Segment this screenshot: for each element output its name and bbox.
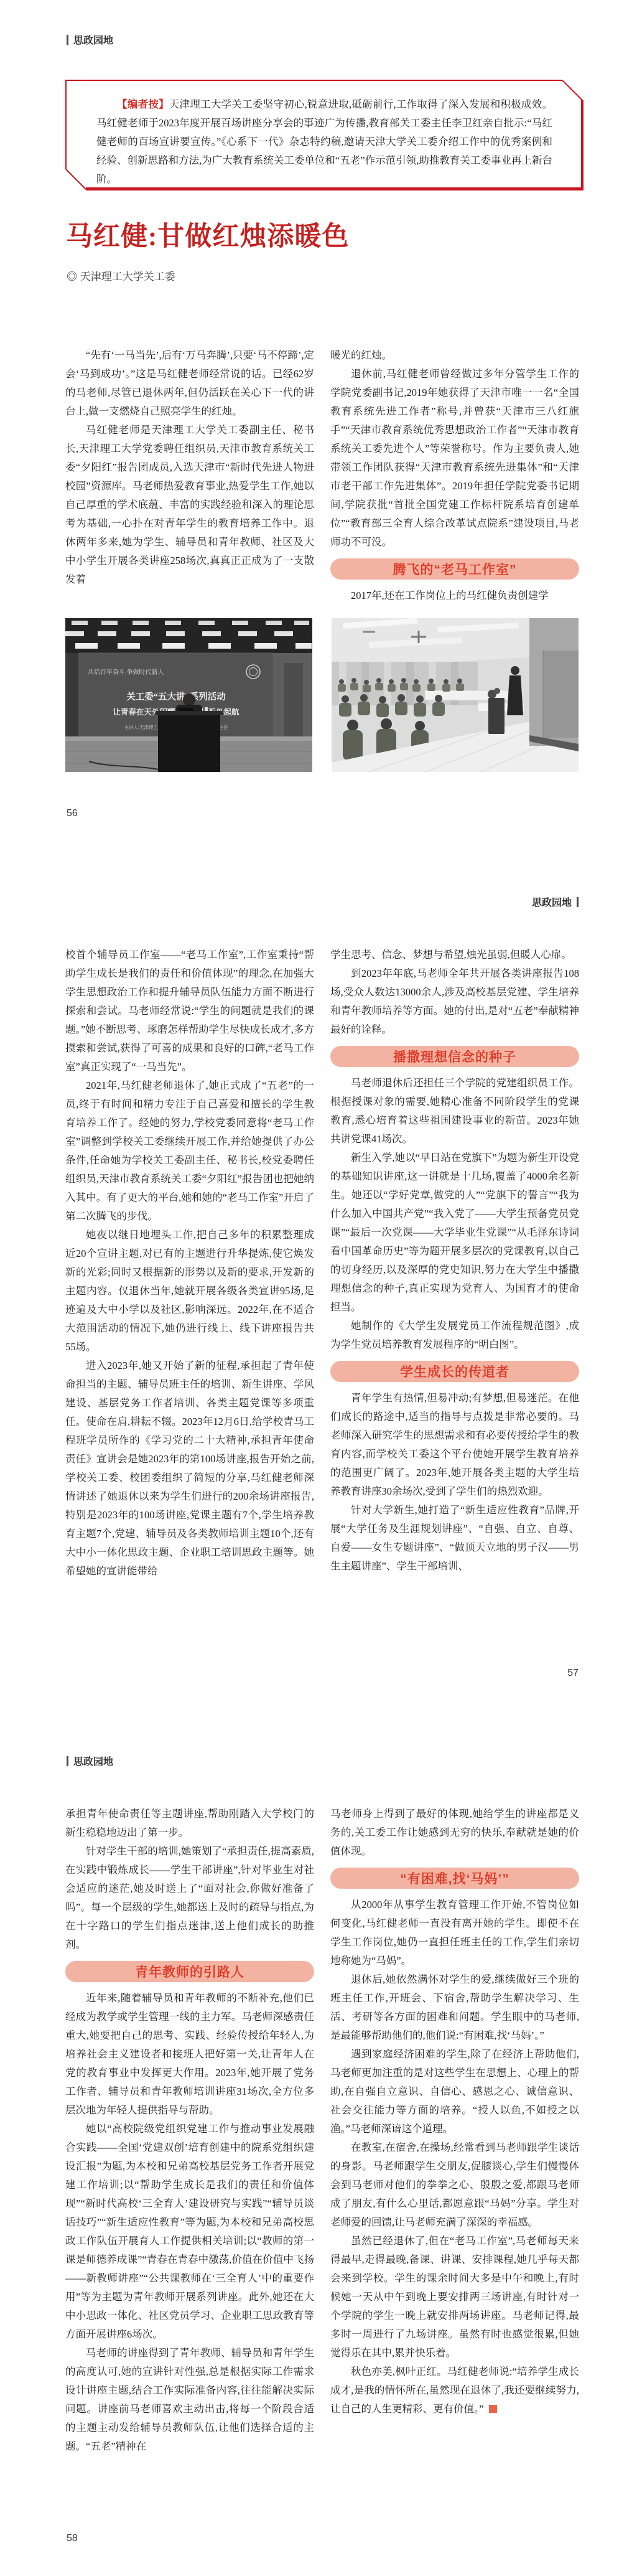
paragraph: 马老师的讲座得到了青年教师、辅导员和青年学生的高度认可,她的宣讲针对性强,总是根… (65, 2344, 314, 2456)
paragraph: “先有‘一马当先’,后有‘万马奔腾’,只要‘马不停蹄’,定会‘马到成功’。”这是… (65, 346, 314, 421)
speaker-stand (488, 698, 504, 734)
paragraph: 青年学生有热情,但易冲动;有梦想,但易迷茫。在他们成长的路途中,适当的指导与点拨… (330, 1389, 579, 1501)
page-number: 57 (567, 1668, 579, 1679)
photo-audience (332, 618, 579, 772)
paragraph: 承担青年使命责任等主题讲座,帮助刚踏入大学校门的新生稳稳地迈出了第一步。 (65, 1805, 314, 1842)
paragraph: 2021年,马红健老师退休了,她正式成了“五老”的一员,终于有时间和精力专注于自… (65, 1076, 314, 1226)
page-header: 思政园地 (67, 1754, 113, 1768)
paragraph: 学生思考、信念、梦想与希望,烛光虽弱,但暖人心扉。 (330, 946, 579, 964)
paragraph: 退休前,马红健老师曾经做过多年分管学生工作的学院党委副书记,2019年她获得了天… (330, 365, 579, 552)
text-column-right: 马老师身上得到了最好的体现,她给学生的讲座都是义务的,关工委工作让她感到无穷的快… (330, 1805, 579, 2521)
page-header: 思政园地 (532, 895, 579, 909)
text-column-left: 校首个辅导员工作室——“老马工作室”,工作室秉持“帮助学生成长是我们的责任和价值… (65, 946, 314, 1662)
editor-note-box: 【编者按】天津理工大学关工委坚守初心,锐意进取,砥砺前行,工作取得了深入发展和积… (65, 80, 584, 190)
lecture-hall-image: 共话百年奋斗,争做时代新人 关工委“五大讲”系列活动 让青春在天外闪耀,让人生从… (65, 618, 312, 772)
paragraph: 2017年,还在工作岗位上的马红健负责创建学 (330, 586, 579, 605)
photo-lecture-hall: 共话百年奋斗,争做时代新人 关工委“五大讲”系列活动 让青春在天外闪耀,让人生从… (65, 618, 312, 772)
paragraph: 马红健老师是天津理工大学关工委副主任、秘书长,天津理工大学党委聘任组织员,天津市… (65, 421, 314, 589)
standing-speaker-body (507, 675, 523, 715)
paragraph: 在教室,在宿舍,在操场,经常看到马老师跟学生谈话的身影。马老师跟学生交朋友,促膝… (330, 2138, 579, 2232)
paragraph: 进入2023年,她又开始了新的征程,承担起了青年使命担当的主题、辅导员班主任的培… (65, 1356, 314, 1581)
header-label: 思政园地 (532, 895, 572, 909)
header-label: 思政园地 (73, 32, 113, 47)
text-column-right: 暖光的红烛。退休前,马红健老师曾经做过多年分管学生工作的学院党委副书记,2019… (330, 346, 579, 618)
end-mark (489, 2405, 497, 2413)
editor-note-border (65, 80, 584, 190)
text-column-left: “先有‘一马当先’,后有‘万马奔腾’,只要‘马不停蹄’,定会‘马到成功’。”这是… (65, 346, 314, 618)
paragraph: 秋色亦美,枫叶正红。马红健老师说:“培养学生成长成才,是我的情怀所在,虽然现在退… (330, 2362, 579, 2419)
page-header: 思政园地 (67, 32, 113, 47)
paragraph: 从2000年从事学生教育管理工作开始,不管岗位如何变化,马红健老师一直没有离开她… (330, 1896, 579, 1970)
text-column-right: 学生思考、信念、梦想与希望,烛光虽弱,但暖人心扉。到2023年年底,马老师全年共… (330, 946, 579, 1662)
paragraph: 针对学生干部的培训,她策划了“承担责任,提高素质,在实践中锻炼成长——学生干部讲… (65, 1842, 314, 1954)
podium (158, 713, 220, 772)
screen-banner-text: 共话百年奋斗,争做时代新人 (88, 668, 164, 676)
paragraph: 退休后,她依然满怀对学生的爱,继续做好三个班的班主任工作,开班会、下宿舍,帮助学… (330, 1970, 579, 2045)
paragraph: 她夜以继日地埋头工作,把自己多年的积累整理成近20个宣讲主题,对已有的主题进行升… (65, 1226, 314, 1356)
audience-image (332, 618, 579, 772)
speaker-head (183, 693, 195, 706)
standing-speaker-head (511, 666, 519, 675)
paragraph: 她制作的《大学生发展党员工作流程规范图》,成为学生党员培养教育发展程序的“明白图… (330, 1317, 579, 1354)
page-57: 思政园地 校首个辅导员工作室——“老马工作室”,工作室秉持“帮助学生成长是我们的… (0, 858, 637, 1718)
header-bar (577, 897, 579, 907)
paragraph: 针对大学新生,她打造了“新生适应性教育”品牌,开展“大学任务及生涯规划讲座”、“… (330, 1501, 579, 1576)
paragraph: 新生入学,她以“早日站在党旗下”为题为新生开设党的基础知识讲座,这一讲就是十几场… (330, 1149, 579, 1317)
paragraph: 遇到家庭经济困难的学生,除了在经济上帮助他们,马老师更加注重的是对这些学生在思想… (330, 2045, 579, 2138)
header-label: 思政园地 (73, 1754, 113, 1768)
section-heading: 腾飞的“老马工作室” (330, 558, 579, 580)
section-heading: 播撒理想信念的种子 (330, 1046, 579, 1067)
page-56: 思政园地 【编者按】天津理工大学关工委坚守初心,锐意进取,砥砺前行,工作取得了深… (0, 0, 637, 858)
text-column-left: 承担青年使命责任等主题讲座,帮助刚踏入大学校门的新生稳稳地迈出了第一步。针对学生… (65, 1805, 314, 2521)
screen-title-line1: 关工委“五大讲”系列活动 (126, 691, 226, 702)
header-bar (67, 35, 68, 45)
byline: ◎ 天津理工大学关工委 (67, 268, 175, 283)
page-58: 思政园地 承担青年使命责任等主题讲座,帮助刚踏入大学校门的新生稳稳地迈出了第一步… (0, 1718, 637, 2576)
page-number: 58 (67, 2533, 78, 2544)
paragraph: 暖光的红烛。 (330, 346, 579, 365)
header-bar (67, 1756, 68, 1766)
paragraph: 校首个辅导员工作室——“老马工作室”,工作室秉持“帮助学生成长是我们的责任和价值… (65, 946, 314, 1076)
page-number: 56 (67, 808, 78, 819)
article-title: 马红健:甘做红烛添暖色 (66, 215, 349, 253)
paragraph: 虽然已经退休了,但在“老马工作室”,马老师每天来得最早,走得最晚,备课、讲课、安… (330, 2232, 579, 2362)
paragraph: 马老师退休后还担任三个学院的党建组织员工作。根据授课对象的需要,她精心准备不同阶… (330, 1074, 579, 1149)
section-heading: 青年教师的引路人 (65, 1961, 314, 1982)
section-heading: 学生成长的传道者 (330, 1361, 579, 1382)
paragraph: 到2023年年底,马老师全年共开展各类讲座报告108场,受众人数达13000余人… (330, 964, 579, 1039)
paragraph: 她以“高校院级党组织党建工作与推动事业发展融合实践——全国‘党建双创’培育创建中… (65, 2120, 314, 2344)
paragraph: 马老师身上得到了最好的体现,她给学生的讲座都是义务的,关工委工作让她感到无穷的快… (330, 1805, 579, 1861)
section-heading: “有困难,找‘马妈’” (330, 1868, 579, 1889)
paragraph: 近年来,随着辅导员和青年教师的不断补充,他们已经成为教学或学生管理一线的主力军。… (65, 1989, 314, 2120)
